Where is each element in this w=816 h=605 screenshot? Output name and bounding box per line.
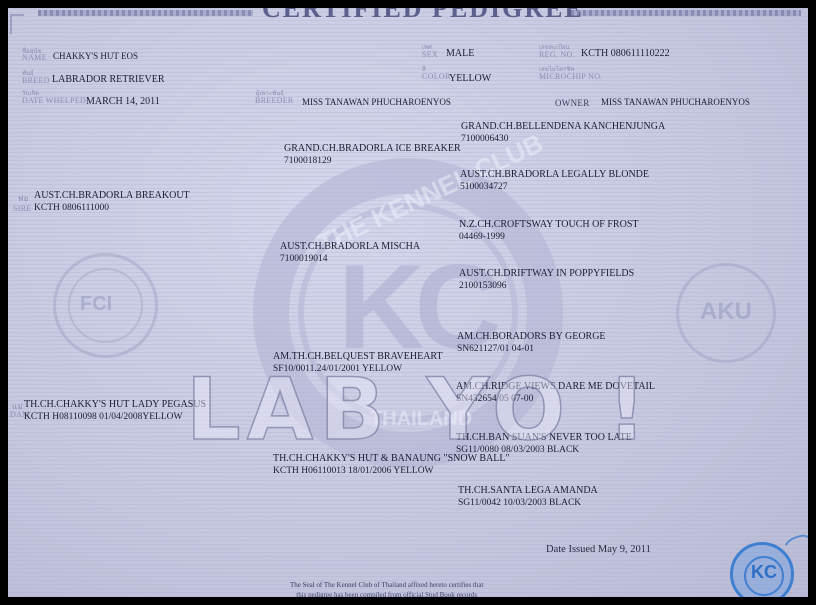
sire-name: AUST.CH.BRADORLA BREAKOUT xyxy=(34,190,190,201)
akc-logo-text: AKU xyxy=(700,298,752,326)
lab-yo-overlay-watermark: LAB YO ! xyxy=(186,360,652,460)
sire-reg: KCTH 0806111000 xyxy=(34,202,190,215)
breeder-name: MISS TANAWAN PHUCHAROENYOS xyxy=(302,97,451,107)
sire-sire: GRAND.CH.BRADORLA ICE BREAKER 7100018129 xyxy=(284,142,461,168)
reg-no: KCTH 080611110222 xyxy=(581,48,670,59)
date-whelped-label: DATE WHELPED xyxy=(22,96,86,105)
dog-sex: MALE xyxy=(446,48,474,59)
owner-name: MISS TANAWAN PHUCHAROENYOS xyxy=(601,97,750,107)
seal-kc-icon: KC xyxy=(751,562,777,583)
sire: AUST.CH.BRADORLA BREAKOUT KCTH 080611100… xyxy=(34,189,190,215)
dog-color: YELLOW xyxy=(449,73,491,84)
sex-label: SEX xyxy=(422,50,438,59)
ancestor-g3-4: AUST.CH.DRIFTWAY IN POPPYFIELDS 21001530… xyxy=(459,267,634,293)
sire-dam: AUST.CH.BRADORLA MISCHA 7100019014 xyxy=(280,240,420,266)
microchip-label: MICROCHIP NO. xyxy=(539,72,603,81)
title-ornament-right xyxy=(571,10,801,16)
corner-ornament xyxy=(10,14,24,34)
fci-logo-text: FCI xyxy=(80,293,112,316)
color-label: COLOR xyxy=(422,72,451,81)
dam: TH.CH.CHAKKY'S HUT LADY PEGASUS KCTH H08… xyxy=(24,398,206,424)
certification-statement: The Seal of The Kennel Club of Thailand … xyxy=(290,580,483,597)
ancestor-g3-2: AUST.CH.BRADORLA LEGALLY BLONDE 51000347… xyxy=(460,168,649,194)
owner-label: OWNER xyxy=(555,98,590,108)
ancestor-g3-5: AM.CH.BORADORS BY GEORGE SN621127/01 04-… xyxy=(457,330,606,356)
breeder-label: BREEDER xyxy=(255,96,294,105)
dam-reg: KCTH H08110098 01/04/2008YELLOW xyxy=(24,411,206,424)
certificate-title: CERTIFIED PEDIGREE xyxy=(262,8,584,24)
ancestor-g3-1: GRAND.CH.BELLENDENA KANCHENJUNGA 7100006… xyxy=(461,120,665,146)
title-ornament-left xyxy=(38,10,253,16)
ancestor-g3-8: TH.CH.SANTA LEGA AMANDA SG11/0042 10/03/… xyxy=(458,484,598,510)
name-label: NAME xyxy=(22,53,47,62)
dog-name: CHAKKY'S HUT EOS xyxy=(53,51,138,61)
ancestor-g3-3: N.Z.CH.CROFTSWAY TOUCH OF FROST 04469-19… xyxy=(459,218,639,244)
pedigree-certificate: CERTIFIED PEDIGREE KC THE KENNEL CLUB TH… xyxy=(8,8,808,597)
photo-border xyxy=(0,597,816,605)
dog-breed: LABRADOR RETRIEVER xyxy=(52,74,165,85)
date-issued: Date Issued May 9, 2011 xyxy=(546,544,651,555)
date-whelped: MARCH 14, 2011 xyxy=(86,96,160,107)
breed-label: BREED xyxy=(22,76,50,85)
sire-label: SIRE xyxy=(13,204,32,213)
dam-name: TH.CH.CHAKKY'S HUT LADY PEGASUS xyxy=(24,399,206,410)
reg-no-label: REG. NO. xyxy=(539,50,575,59)
